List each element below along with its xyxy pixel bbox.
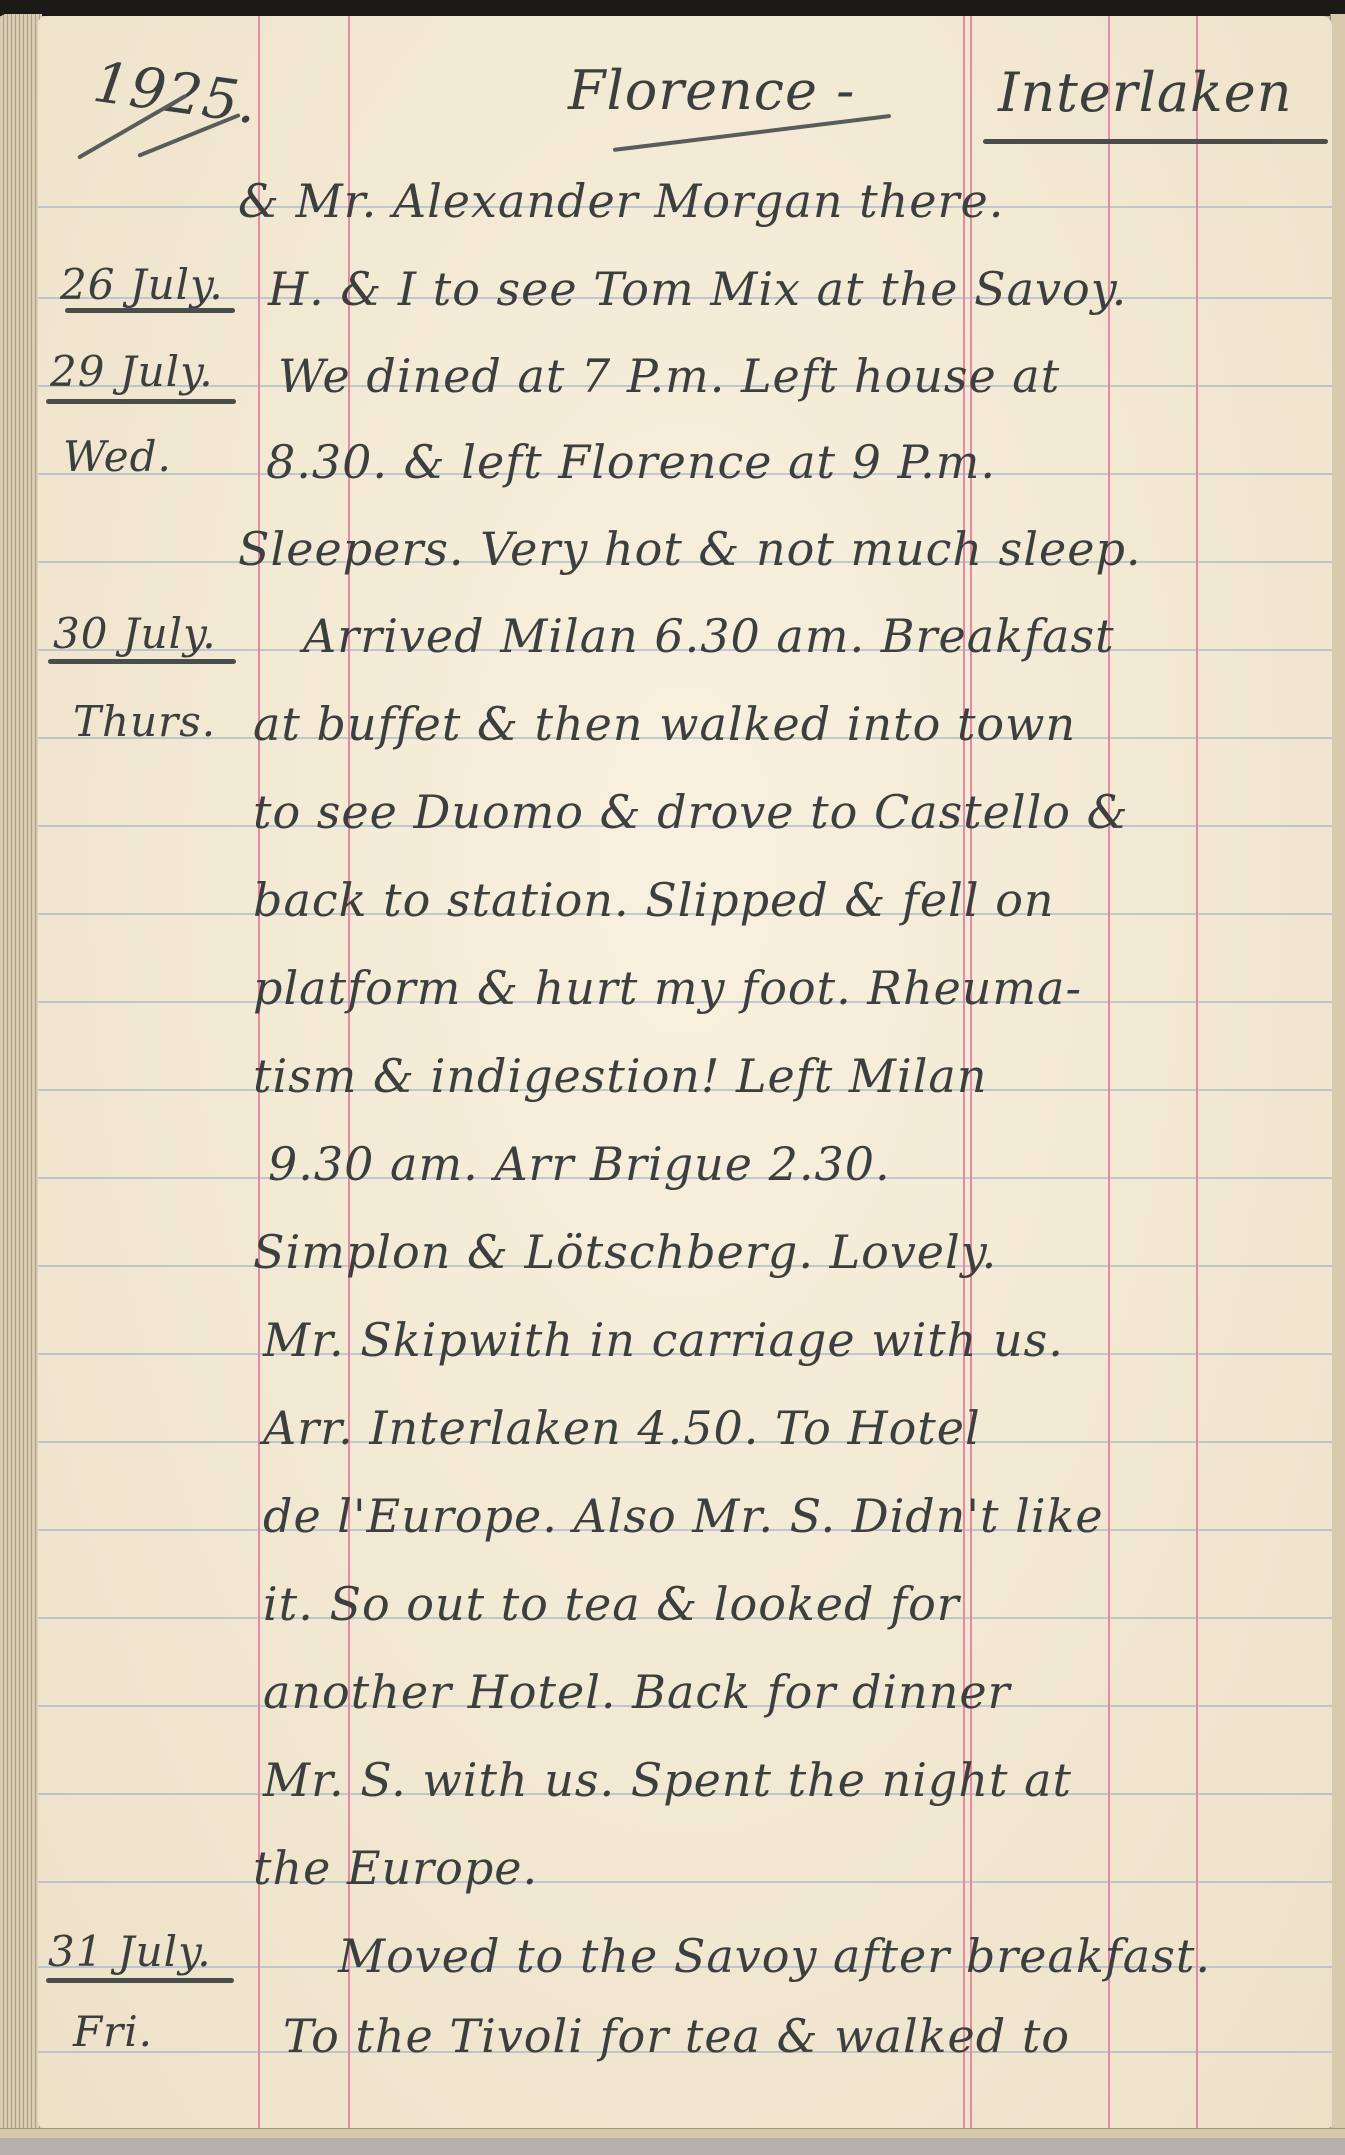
entry-line: We dined at 7 P.m. Left house at	[278, 353, 1060, 399]
entry-date: 30 July.	[53, 613, 217, 655]
entry-line: de l'Europe. Also Mr. S. Didn't like	[263, 1493, 1104, 1539]
date-underline	[46, 1978, 234, 1983]
entry-line: Moved to the Savoy after breakfast.	[338, 1933, 1211, 1979]
heading-underline	[983, 139, 1328, 144]
date-underline	[46, 399, 236, 404]
entry-line: & Mr. Alexander Morgan there.	[238, 178, 1004, 224]
page-stack-edges	[0, 14, 42, 2134]
entry-day: Wed.	[63, 436, 172, 478]
entry-date: 29 July.	[50, 351, 214, 393]
entry-line: platform & hurt my foot. Rheuma-	[253, 965, 1082, 1011]
date-underline	[48, 659, 236, 664]
next-page-edge	[1330, 14, 1345, 2138]
column-line	[1108, 16, 1110, 2128]
entry-line: Mr. Skipwith in carriage with us.	[263, 1317, 1064, 1363]
entry-line: tism & indigestion! Left Milan	[253, 1053, 988, 1099]
scanner-bed	[0, 2138, 1345, 2155]
entry-day: Thurs.	[73, 701, 216, 743]
entry-date: 26 July.	[60, 264, 224, 306]
entry-line: back to station. Slipped & fell on	[253, 877, 1055, 923]
entry-line: Arrived Milan 6.30 am. Breakfast	[303, 613, 1115, 659]
entry-line: Arr. Interlaken 4.50. To Hotel	[263, 1405, 981, 1451]
entry-line: Sleepers. Very hot & not much sleep.	[238, 526, 1142, 572]
entry-line: To the Tivoli for tea & walked to	[283, 2013, 1070, 2059]
date-underline	[65, 308, 235, 313]
entry-date: 31 July.	[48, 1931, 212, 1973]
entry-line: H. & I to see Tom Mix at the Savoy.	[268, 266, 1127, 312]
entry-day: Fri.	[73, 2011, 153, 2053]
entry-line: Mr. S. with us. Spent the night at	[263, 1757, 1072, 1803]
entry-line: it. So out to tea & looked for	[263, 1581, 960, 1627]
entry-line: at buffet & then walked into town	[253, 701, 1076, 747]
place-to-heading: Interlaken	[998, 66, 1293, 120]
entry-line: 8.30. & left Florence at 9 P.m.	[266, 439, 996, 485]
place-from-heading: Florence -	[568, 64, 855, 118]
column-line	[1196, 16, 1198, 2128]
entry-line: the Europe.	[253, 1845, 538, 1891]
ruling-line	[38, 1881, 1332, 1883]
entry-line: to see Duomo & drove to Castello &	[253, 789, 1129, 835]
scanner-top-edge	[0, 0, 1345, 16]
diary-page: 1925. Florence - Interlaken & Mr. Alexan…	[38, 16, 1332, 2128]
year-heading: 1925.	[90, 55, 262, 133]
entry-line: another Hotel. Back for dinner	[263, 1669, 1011, 1715]
entry-line: 9.30 am. Arr Brigue 2.30.	[268, 1141, 891, 1187]
entry-line: Simplon & Lötschberg. Lovely.	[253, 1229, 997, 1275]
